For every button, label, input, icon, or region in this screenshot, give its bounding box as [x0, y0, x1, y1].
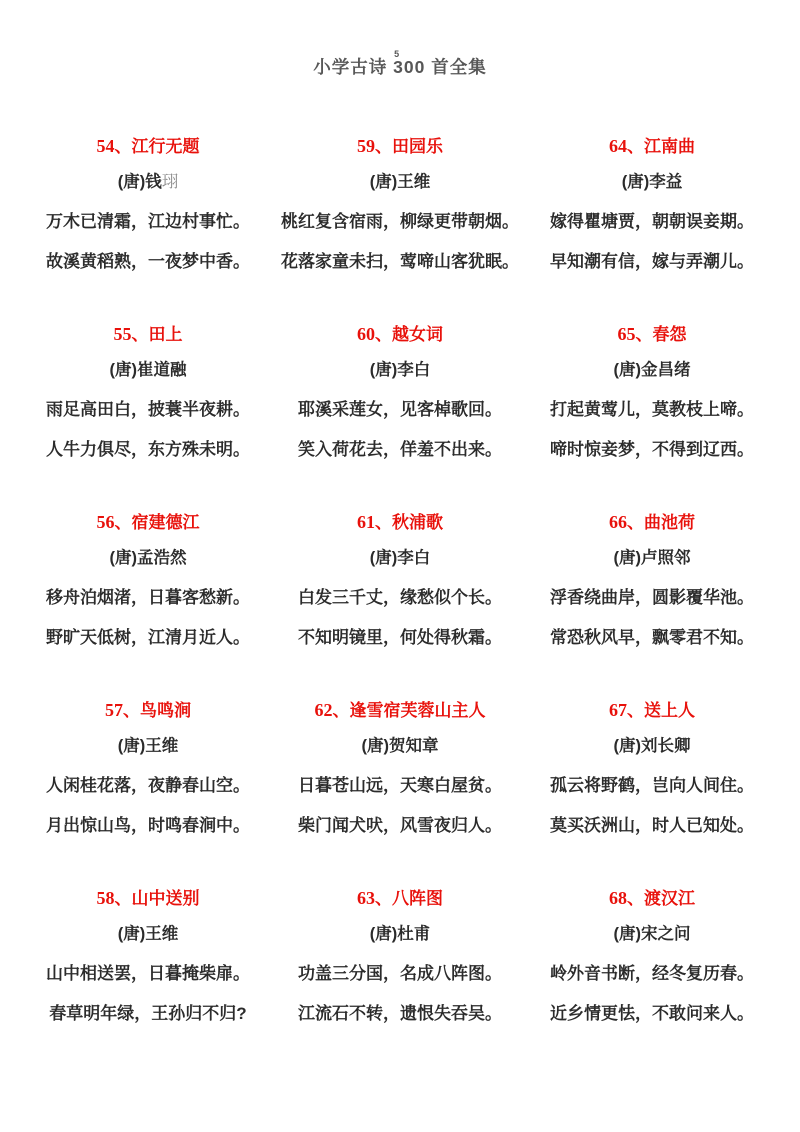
poem-number-separator: 、 [627, 513, 644, 532]
poem-block-65: 65、春怨 (唐)金昌绪 打起黄莺儿，莫教枝上啼。 啼时惊妾梦，不得到辽西。 [526, 323, 778, 511]
poem-number: 60 [357, 324, 375, 344]
poem-title-text: 秋浦歌 [392, 513, 443, 532]
poem-line-1: 浮香绕曲岸，圆影覆华池。 [526, 586, 778, 609]
poem-title-text: 田园乐 [392, 137, 443, 156]
poem-title: 64、江南曲 [526, 135, 778, 158]
poem-title-text: 江南曲 [644, 137, 695, 156]
poem-author-main: (唐)宋之问 [614, 925, 691, 943]
page-title-count-wrap: 5300 [393, 57, 425, 78]
poem-line-1: 耶溪采莲女，见客棹歌回。 [274, 398, 526, 421]
poem-line-2: 野旷天低树，江清月近人。 [22, 626, 274, 649]
poem-line-2: 故溪黄稻熟，一夜梦中香。 [22, 250, 274, 273]
poem-title-text: 越女词 [392, 325, 443, 344]
poem-author: (唐)李白 [274, 360, 526, 381]
poem-title-text: 渡汉江 [644, 889, 695, 908]
poem-number-separator: 、 [627, 889, 644, 908]
poem-author: (唐)刘长卿 [526, 736, 778, 757]
poem-number-separator: 、 [115, 513, 132, 532]
poem-title: 66、曲池荷 [526, 511, 778, 534]
poem-author-main: (唐)刘长卿 [614, 737, 691, 755]
poem-title: 63、八阵图 [274, 887, 526, 910]
poem-author-main: (唐)卢照邻 [614, 549, 691, 567]
poem-line-2: 春草明年绿，王孙归不归? [22, 1002, 274, 1025]
poem-title: 57、鸟鸣涧 [22, 699, 274, 722]
poem-title-text: 田上 [149, 325, 183, 344]
page-title-count: 300 [393, 57, 425, 77]
poem-line-1: 白发三千丈，缘愁似个长。 [274, 586, 526, 609]
poem-author: (唐)孟浩然 [22, 548, 274, 569]
poem-title-text: 春怨 [653, 325, 687, 344]
poem-title: 56、宿建德江 [22, 511, 274, 534]
poem-title: 61、秋浦歌 [274, 511, 526, 534]
poem-block-55: 55、田上 (唐)崔道融 雨足高田白，披蓑半夜耕。 人牛力俱尽，东方殊未明。 [22, 323, 274, 511]
poem-line-1: 山中相送罢，日暮掩柴扉。 [22, 962, 274, 985]
poem-number-separator: 、 [115, 137, 132, 156]
poem-author: (唐)宋之问 [526, 924, 778, 945]
poem-title: 55、田上 [22, 323, 274, 346]
poem-author-main: (唐)王维 [118, 925, 179, 943]
poem-author-main: (唐)李益 [622, 173, 683, 191]
poem-author-main: (唐)钱 [118, 173, 162, 191]
page-title-superscript: 5 [394, 50, 400, 59]
poem-block-61: 61、秋浦歌 (唐)李白 白发三千丈，缘愁似个长。 不知明镜里，何处得秋霜。 [274, 511, 526, 699]
poem-number-separator: 、 [627, 137, 644, 156]
poem-number-separator: 、 [333, 701, 350, 720]
poem-author-main: (唐)王维 [118, 737, 179, 755]
poem-line-1: 嫁得瞿塘贾，朝朝误妾期。 [526, 210, 778, 233]
poem-block-66: 66、曲池荷 (唐)卢照邻 浮香绕曲岸，圆影覆华池。 常恐秋风早，飘零君不知。 [526, 511, 778, 699]
poem-title: 58、山中送别 [22, 887, 274, 910]
poem-number-separator: 、 [123, 701, 140, 720]
poem-line-1: 打起黄莺儿，莫教枝上啼。 [526, 398, 778, 421]
poem-author-main: (唐)王维 [370, 173, 431, 191]
poem-block-67: 67、送上人 (唐)刘长卿 孤云将野鹤，岂向人间住。 莫买沃洲山，时人已知处。 [526, 699, 778, 887]
poem-line-2: 笑入荷花去，佯羞不出来。 [274, 438, 526, 461]
poem-title-text: 宿建德江 [132, 513, 200, 532]
poem-author-main: (唐)孟浩然 [110, 549, 187, 567]
poem-number: 63 [357, 888, 375, 908]
poem-number: 54 [97, 136, 115, 156]
poem-title-text: 曲池荷 [644, 513, 695, 532]
poem-title: 67、送上人 [526, 699, 778, 722]
poem-title-text: 八阵图 [392, 889, 443, 908]
poem-number: 62 [315, 700, 333, 720]
poems-grid: 54、江行无题 (唐)钱珝 万木已清霜，江边村事忙。 故溪黄稻熟，一夜梦中香。 … [0, 135, 800, 1075]
poem-line-1: 雨足高田白，披蓑半夜耕。 [22, 398, 274, 421]
poem-block-58: 58、山中送别 (唐)王维 山中相送罢，日暮掩柴扉。 春草明年绿，王孙归不归? [22, 887, 274, 1075]
page-title: 小学古诗 5300 首全集 [0, 0, 800, 79]
poem-block-68: 68、渡汉江 (唐)宋之问 岭外音书断，经冬复历春。 近乡情更怯，不敢问来人。 [526, 887, 778, 1075]
poem-author: (唐)王维 [274, 172, 526, 193]
poem-line-1: 日暮苍山远，天寒白屋贫。 [274, 774, 526, 797]
poem-line-2: 啼时惊妾梦，不得到辽西。 [526, 438, 778, 461]
poem-title-text: 送上人 [644, 701, 695, 720]
poem-author-main: (唐)金昌绪 [614, 361, 691, 379]
poem-line-2: 莫买沃洲山，时人已知处。 [526, 814, 778, 837]
page-title-suffix: 首全集 [425, 57, 486, 77]
poem-number: 61 [357, 512, 375, 532]
poem-line-1: 桃红复含宿雨，柳绿更带朝烟。 [274, 210, 526, 233]
poem-number: 59 [357, 136, 375, 156]
poem-block-54: 54、江行无题 (唐)钱珝 万木已清霜，江边村事忙。 故溪黄稻熟，一夜梦中香。 [22, 135, 274, 323]
poem-author: (唐)李白 [274, 548, 526, 569]
poem-author: (唐)贺知章 [274, 736, 526, 757]
poem-number-separator: 、 [636, 325, 653, 344]
poem-line-2: 人牛力俱尽，东方殊未明。 [22, 438, 274, 461]
poem-author-main: (唐)李白 [370, 549, 431, 567]
poem-author: (唐)王维 [22, 736, 274, 757]
poem-author: (唐)金昌绪 [526, 360, 778, 381]
poem-number: 55 [114, 324, 132, 344]
poem-line-2: 不知明镜里，何处得秋霜。 [274, 626, 526, 649]
poem-line-1: 孤云将野鹤，岂向人间住。 [526, 774, 778, 797]
poem-number-separator: 、 [375, 889, 392, 908]
poem-line-1: 万木已清霜，江边村事忙。 [22, 210, 274, 233]
poem-title: 60、越女词 [274, 323, 526, 346]
poem-number: 66 [609, 512, 627, 532]
poem-title-text: 鸟鸣涧 [140, 701, 191, 720]
poem-line-2: 柴门闻犬吠，风雪夜归人。 [274, 814, 526, 837]
poem-line-2: 常恐秋风早，飘零君不知。 [526, 626, 778, 649]
poem-line-2: 早知潮有信，嫁与弄潮儿。 [526, 250, 778, 273]
poem-title: 68、渡汉江 [526, 887, 778, 910]
poem-number-separator: 、 [115, 889, 132, 908]
poem-title-text: 江行无题 [132, 137, 200, 156]
poem-author: (唐)崔道融 [22, 360, 274, 381]
poem-title: 54、江行无题 [22, 135, 274, 158]
poem-number: 68 [609, 888, 627, 908]
poem-block-63: 63、八阵图 (唐)杜甫 功盖三分国，名成八阵图。 江流石不转，遗恨失吞吴。 [274, 887, 526, 1075]
poem-title: 62、逢雪宿芙蓉山主人 [274, 699, 526, 722]
poem-author-main: (唐)崔道融 [110, 361, 187, 379]
poem-author-main: (唐)李白 [370, 361, 431, 379]
poem-line-2: 近乡情更怯，不敢问来人。 [526, 1002, 778, 1025]
poem-author-main: (唐)杜甫 [370, 925, 431, 943]
poem-author: (唐)杜甫 [274, 924, 526, 945]
poem-line-2: 月出惊山鸟，时鸣春涧中。 [22, 814, 274, 837]
poem-author: (唐)李益 [526, 172, 778, 193]
page-title-prefix: 小学古诗 [313, 57, 393, 77]
poem-title: 65、春怨 [526, 323, 778, 346]
poem-line-1: 功盖三分国，名成八阵图。 [274, 962, 526, 985]
poem-block-56: 56、宿建德江 (唐)孟浩然 移舟泊烟渚，日暮客愁新。 野旷天低树，江清月近人。 [22, 511, 274, 699]
poem-line-1: 岭外音书断，经冬复历春。 [526, 962, 778, 985]
poem-block-60: 60、越女词 (唐)李白 耶溪采莲女，见客棹歌回。 笑入荷花去，佯羞不出来。 [274, 323, 526, 511]
poem-block-57: 57、鸟鸣涧 (唐)王维 人闲桂花落，夜静春山空。 月出惊山鸟，时鸣春涧中。 [22, 699, 274, 887]
poem-number: 57 [105, 700, 123, 720]
poem-line-1: 人闲桂花落，夜静春山空。 [22, 774, 274, 797]
poem-line-2: 江流石不转，遗恨失吞吴。 [274, 1002, 526, 1025]
poem-number-separator: 、 [375, 325, 392, 344]
poem-number: 58 [97, 888, 115, 908]
poem-title-text: 山中送别 [132, 889, 200, 908]
poem-block-59: 59、田园乐 (唐)王维 桃红复含宿雨，柳绿更带朝烟。 花落家童未扫，莺啼山客犹… [274, 135, 526, 323]
poem-number-separator: 、 [627, 701, 644, 720]
poem-line-1: 移舟泊烟渚，日暮客愁新。 [22, 586, 274, 609]
poem-number: 65 [618, 324, 636, 344]
poem-number: 56 [97, 512, 115, 532]
poem-title: 59、田园乐 [274, 135, 526, 158]
poem-block-64: 64、江南曲 (唐)李益 嫁得瞿塘贾，朝朝误妾期。 早知潮有信，嫁与弄潮儿。 [526, 135, 778, 323]
poem-number: 64 [609, 136, 627, 156]
poem-number: 67 [609, 700, 627, 720]
poem-author: (唐)卢照邻 [526, 548, 778, 569]
poem-author: (唐)王维 [22, 924, 274, 945]
poem-number-separator: 、 [375, 137, 392, 156]
poem-block-62: 62、逢雪宿芙蓉山主人 (唐)贺知章 日暮苍山远，天寒白屋贫。 柴门闻犬吠，风雪… [274, 699, 526, 887]
poem-author: (唐)钱珝 [22, 172, 274, 193]
poem-number-separator: 、 [375, 513, 392, 532]
poem-author-main: (唐)贺知章 [362, 737, 439, 755]
poem-author-variant-char: 珝 [162, 173, 179, 191]
poem-number-separator: 、 [132, 325, 149, 344]
poem-title-text: 逢雪宿芙蓉山主人 [350, 701, 486, 720]
poem-line-2: 花落家童未扫，莺啼山客犹眠。 [274, 250, 526, 273]
